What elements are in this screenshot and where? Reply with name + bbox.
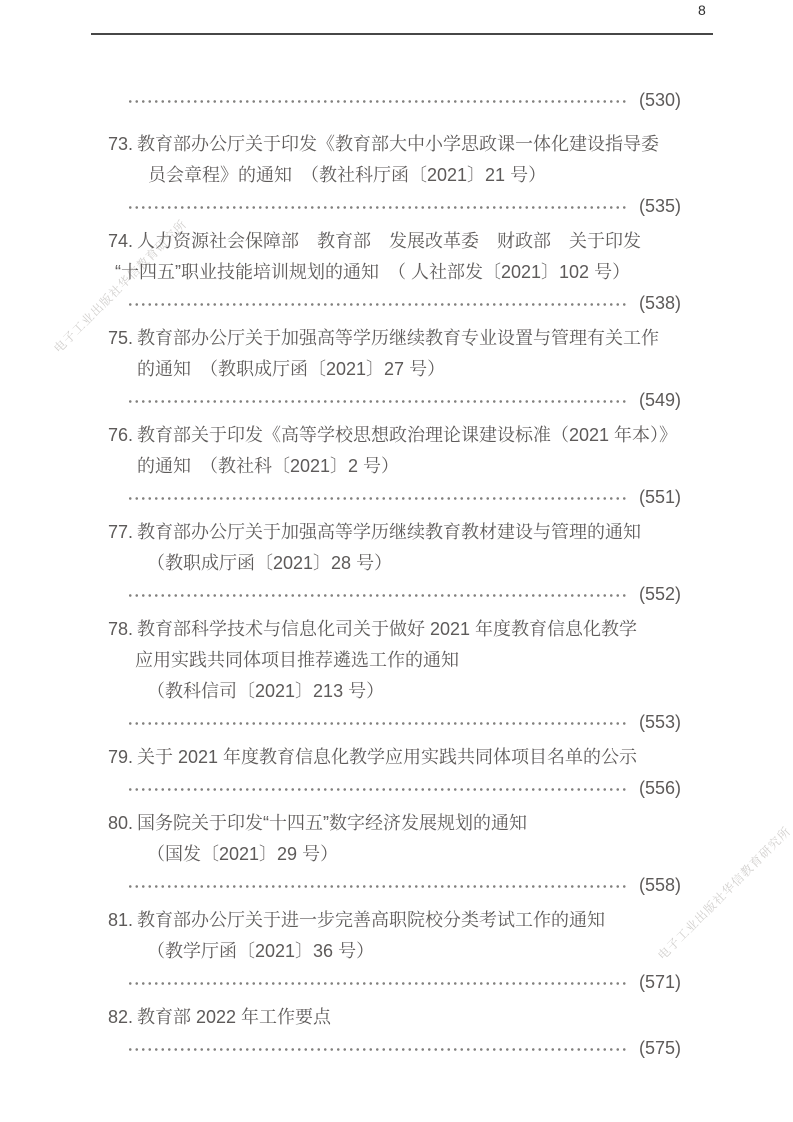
dot-leader [127,579,626,610]
page-ref: (556) [639,773,681,804]
dot-leader [127,870,626,901]
entry-title-line: 的通知 （教职成厅函〔2021〕27 号） [90,354,681,385]
toc-page-ref-row: (553) [90,707,681,738]
entry-title-line: 关于 2021 年度教育信息化教学应用实践共同体项目名单的公示 [137,742,637,773]
page-ref: (552) [639,579,681,610]
toc-entry: 82.教育部 2022 年工作要点(575) [90,1002,681,1064]
page-ref: (553) [639,707,681,738]
entry-number: 74. [108,226,137,257]
entry-title-line: （教职成厅函〔2021〕28 号） [90,548,681,579]
entry-title-line: 教育部 2022 年工作要点 [137,1002,331,1033]
page-ref: (535) [639,191,681,222]
toc-page: 8 电子工业出版社华信教育研究所 电子工业出版社华信教育研究所 (530) 73… [0,0,793,1122]
entry-title-row: 80.国务院关于印发“十四五”数字经济发展规划的通知 [90,808,681,839]
toc-page-ref-row: (556) [90,773,681,804]
entry-number: 78. [108,614,137,645]
dot-leader [127,85,626,116]
toc-entry: 73.教育部办公厅关于印发《教育部大中小学思政课一体化建设指导委员会章程》的通知… [90,129,681,222]
page-ref: (558) [639,870,681,901]
entry-title-row: 76.教育部关于印发《高等学校思想政治理论课建设标准（2021 年本）》 [90,420,681,451]
toc-entry: 74.人力资源社会保障部 教育部 发展改革委 财政部 关于印发“十四五”职业技能… [90,226,681,319]
entry-number: 75. [108,323,137,354]
entry-title-row: 75.教育部办公厅关于加强高等学历继续教育专业设置与管理有关工作 [90,323,681,354]
entry-title-line: 教育部办公厅关于加强高等学历继续教育教材建设与管理的通知 [137,517,641,548]
toc-page-ref-row: (551) [90,482,681,513]
entry-title-line: 教育部办公厅关于印发《教育部大中小学思政课一体化建设指导委 [137,129,659,160]
dot-leader [127,288,626,319]
toc-entry: 81.教育部办公厅关于进一步完善高职院校分类考试工作的通知（教学厅函〔2021〕… [90,905,681,998]
dot-leader [127,385,626,416]
entry-title-row: 74.人力资源社会保障部 教育部 发展改革委 财政部 关于印发 [90,226,681,257]
page-ref: (530) [639,85,681,116]
entry-title-row: 79.关于 2021 年度教育信息化教学应用实践共同体项目名单的公示 [90,742,681,773]
page-ref: (575) [639,1033,681,1064]
entry-number: 80. [108,808,137,839]
page-number: 8 [698,1,706,19]
entry-number: 82. [108,1002,137,1033]
toc-page-ref-row: (575) [90,1033,681,1064]
toc-list: (530) 73.教育部办公厅关于印发《教育部大中小学思政课一体化建设指导委员会… [90,85,681,1064]
toc-entry: 75.教育部办公厅关于加强高等学历继续教育专业设置与管理有关工作的通知 （教职成… [90,323,681,416]
entry-title-line: 教育部科学技术与信息化司关于做好 2021 年度教育信息化教学 [137,614,637,645]
toc-page-ref-row: (552) [90,579,681,610]
entry-title-line: 国务院关于印发“十四五”数字经济发展规划的通知 [137,808,527,839]
toc-page-ref-row: (530) [90,85,681,116]
toc-entry: 80.国务院关于印发“十四五”数字经济发展规划的通知（国发〔2021〕29 号）… [90,808,681,901]
toc-entry: 76.教育部关于印发《高等学校思想政治理论课建设标准（2021 年本）》的通知 … [90,420,681,513]
toc-page-ref-row: (549) [90,385,681,416]
toc-page-ref-row: (538) [90,288,681,319]
toc-entry: 77.教育部办公厅关于加强高等学历继续教育教材建设与管理的通知（教职成厅函〔20… [90,517,681,610]
entry-title-row: 82.教育部 2022 年工作要点 [90,1002,681,1033]
entry-number: 77. [108,517,137,548]
page-ref: (551) [639,482,681,513]
entry-title-line: （教学厅函〔2021〕36 号） [90,936,681,967]
entry-title-line: （国发〔2021〕29 号） [90,839,681,870]
page-ref: (571) [639,967,681,998]
entry-title-line: 教育部办公厅关于加强高等学历继续教育专业设置与管理有关工作 [137,323,659,354]
entry-number: 81. [108,905,137,936]
entry-title-row: 78.教育部科学技术与信息化司关于做好 2021 年度教育信息化教学 [90,614,681,645]
entry-number: 79. [108,742,137,773]
dot-leader [127,1033,626,1064]
toc-page-ref-row: (535) [90,191,681,222]
entry-title-line: 员会章程》的通知 （教社科厅函〔2021〕21 号） [90,160,681,191]
dot-leader [127,967,626,998]
entry-title-row: 77.教育部办公厅关于加强高等学历继续教育教材建设与管理的通知 [90,517,681,548]
entry-title-line: 应用实践共同体项目推荐遴选工作的通知 [90,645,681,676]
entry-title-line: 教育部办公厅关于进一步完善高职院校分类考试工作的通知 [137,905,605,936]
entry-number: 76. [108,420,137,451]
entry-title-row: 81.教育部办公厅关于进一步完善高职院校分类考试工作的通知 [90,905,681,936]
entry-title-line: “十四五”职业技能培训规划的通知 （ 人社部发〔2021〕102 号） [90,257,681,288]
dot-leader [127,773,626,804]
toc-entry: 78.教育部科学技术与信息化司关于做好 2021 年度教育信息化教学应用实践共同… [90,614,681,738]
dot-leader [127,482,626,513]
toc-entry: 79.关于 2021 年度教育信息化教学应用实践共同体项目名单的公示(556) [90,742,681,804]
page-ref: (549) [639,385,681,416]
entry-number: 73. [108,129,137,160]
dot-leader [127,191,626,222]
toc-page-ref-row: (558) [90,870,681,901]
header-rule [91,33,713,35]
entry-title-line: 人力资源社会保障部 教育部 发展改革委 财政部 关于印发 [137,226,641,257]
toc-entries: 73.教育部办公厅关于印发《教育部大中小学思政课一体化建设指导委员会章程》的通知… [90,129,681,1064]
entry-title-row: 73.教育部办公厅关于印发《教育部大中小学思政课一体化建设指导委 [90,129,681,160]
toc-page-ref-row: (571) [90,967,681,998]
entry-title-line: （教科信司〔2021〕213 号） [90,676,681,707]
entry-title-line: 教育部关于印发《高等学校思想政治理论课建设标准（2021 年本）》 [137,420,677,451]
dot-leader [127,707,626,738]
page-ref: (538) [639,288,681,319]
entry-title-line: 的通知 （教社科〔2021〕2 号） [90,451,681,482]
